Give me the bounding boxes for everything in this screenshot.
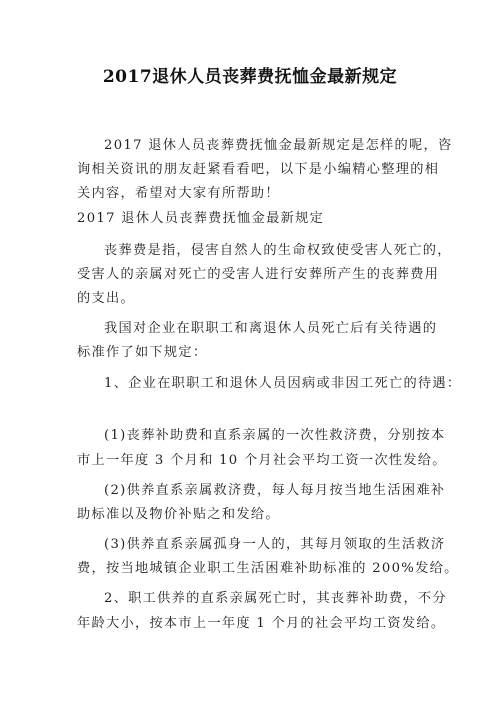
paragraph-line: 的支出。 [77,287,135,306]
paragraph-line: 市上一年度 3 个月和 10 个月社会平均工资一次性发给。 [77,449,447,468]
paragraph-line: 关内容，希望对大家有所帮助！ [77,182,280,201]
paragraph-line: (3)供养直系亲属孤身一人的，其每月领取的生活救济 [104,533,445,552]
paragraph-line: 年龄大小，按本市上一年度 1 个月的社会平均工资发给。 [77,612,445,631]
document-title: 2017退休人员丧葬费抚恤金最新规定 [0,62,500,87]
paragraph-line: 丧葬费是指，侵害自然人的生命权致使受害人死亡的， [104,239,452,258]
paragraph-line: (1)丧葬补助费和直系亲属的一次性救济费，分别按本 [104,424,445,443]
paragraph-line: 标准作了如下规定： [77,341,207,360]
paragraph-line: 1、企业在职职工和退休人员因病或非因工死亡的待遇： [104,372,461,391]
paragraph-line: (2)供养直系亲属救济费，每人每月按当地生活困难补 [104,479,445,498]
paragraph-line: 费，按当地城镇企业职工生活困难补助标准的 200%发给。 [77,557,459,576]
paragraph-line: 2017 退休人员丧葬费抚恤金最新规定 [77,207,324,226]
paragraph-line: 询相关资讯的朋友赶紧看看吧，以下是小编精心整理的相 [77,158,439,177]
paragraph-line: 助标准以及物价补贴之和发给。 [77,503,280,522]
paragraph-line: 2、职工供养的直系亲属死亡时，其丧葬补助费，不分 [104,587,447,606]
paragraph-line: 2017 退休人员丧葬费抚恤金最新规定是怎样的呢，咨 [104,134,453,153]
paragraph-line: 受害人的亲属对死亡的受害人进行安葬所产生的丧葬费用 [77,263,439,282]
paragraph-line: 我国对企业在职职工和离退休人员死亡后有关待遇的 [104,317,437,336]
